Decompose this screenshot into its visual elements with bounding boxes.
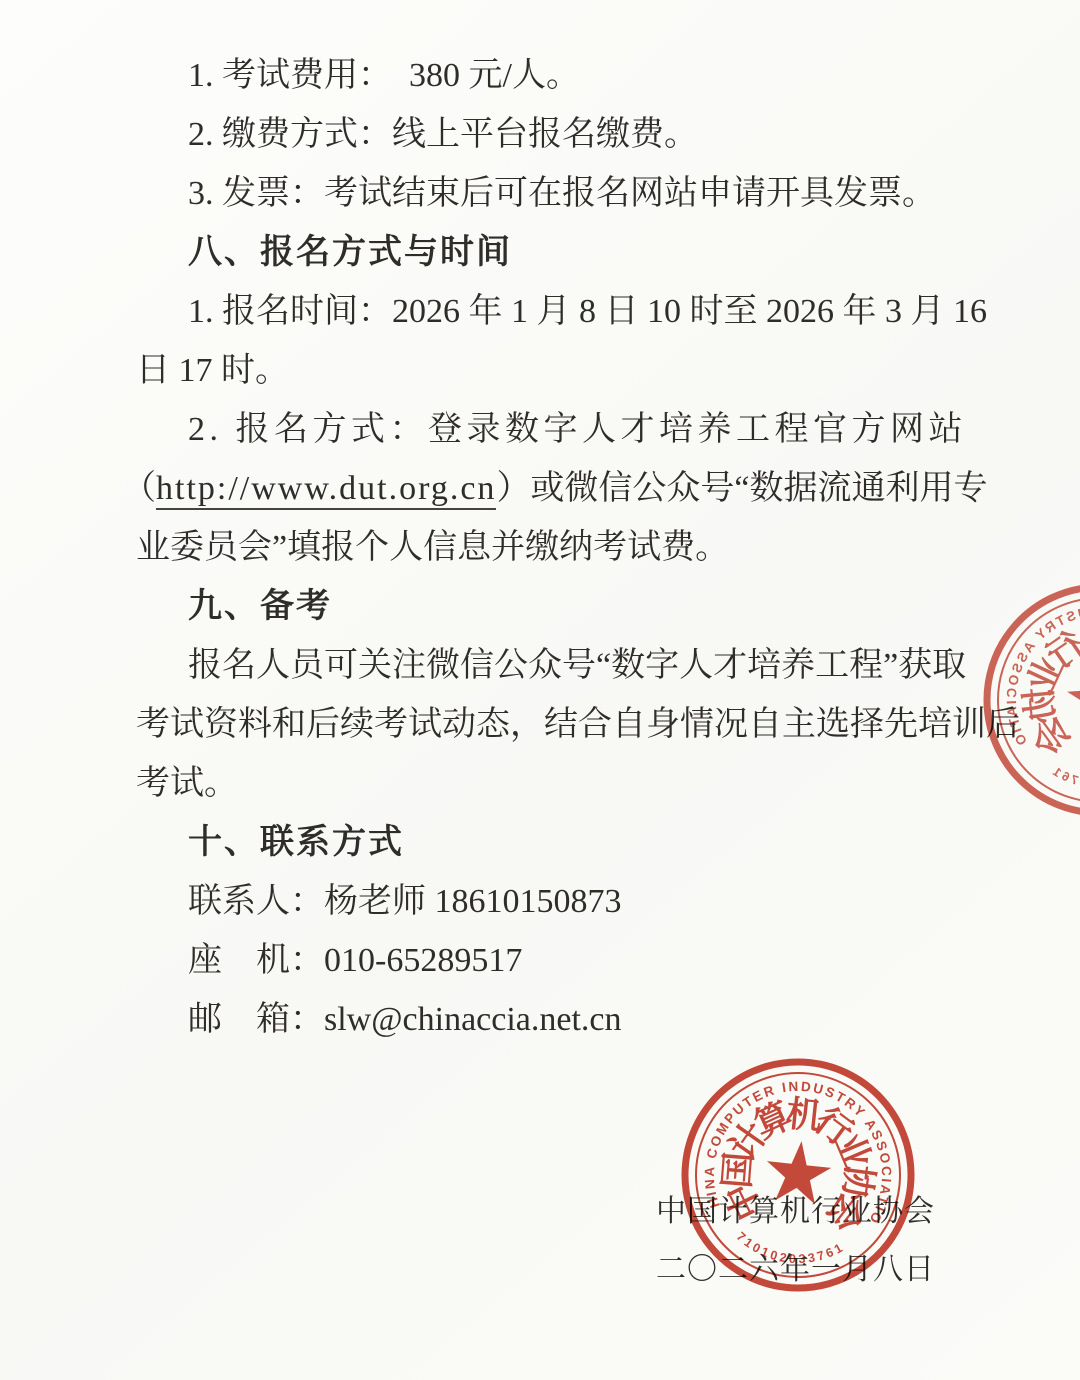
registration-time-line-1: 1. 报名时间：2026 年 1 月 8 日 10 时至 2026 年 3 月 … — [136, 282, 946, 341]
section-heading-preparation: 九、备考 — [136, 577, 946, 636]
star-icon — [763, 1138, 834, 1206]
invoice-line: 3. 发票：考试结束后可在报名网站申请开具发票。 — [136, 164, 946, 223]
preparation-line-1: 报名人员可关注微信公众号“数字人才培养工程”获取 — [136, 636, 946, 695]
registration-method-line-2-tail: ）或微信公众号“数据流通利用专 — [496, 470, 987, 507]
payment-method-line: 2. 缴费方式：线上平台报名缴费。 — [136, 105, 946, 164]
registration-method-line-3: 业委员会”填报个人信息并缴纳考试费。 — [136, 518, 946, 577]
registration-url: http://www.dut.org.cn — [156, 470, 496, 510]
section-heading-registration: 八、报名方式与时间 — [136, 223, 946, 282]
exam-fee-line: 1. 考试费用： 380 元/人。 — [136, 46, 946, 105]
partial-seal-ghost: CHINA COMPUTER INDUSTRY ASSOCIATION 7101… — [961, 561, 1080, 839]
registration-time-line-2: 日 17 时。 — [136, 341, 946, 400]
landline-line: 座 机：010-65289517 — [136, 931, 946, 990]
preparation-line-2: 考试资料和后续考试动态，结合自身情况自主选择先培训后 — [136, 695, 946, 754]
registration-method-line-1: 2. 报名方式：登录数字人才培养工程官方网站 — [136, 400, 946, 459]
contact-person-line: 联系人：杨老师 18610150873 — [136, 872, 946, 931]
open-paren: （ — [122, 470, 156, 507]
official-seal: CHINA COMPUTER INDUSTRY ASSOCIATION 7101… — [655, 1032, 941, 1318]
section-heading-contact: 十、联系方式 — [136, 813, 946, 872]
registration-method-line-2: （http://www.dut.org.cn）或微信公众号“数据流通利用专 — [122, 459, 946, 518]
email-line: 邮 箱：slw@chinaccia.net.cn — [136, 990, 946, 1049]
preparation-line-3: 考试。 — [136, 754, 946, 813]
document-page: 1. 考试费用： 380 元/人。 2. 缴费方式：线上平台报名缴费。 3. 发… — [0, 0, 1080, 1380]
document-body: 1. 考试费用： 380 元/人。 2. 缴费方式：线上平台报名缴费。 3. 发… — [136, 46, 946, 1049]
